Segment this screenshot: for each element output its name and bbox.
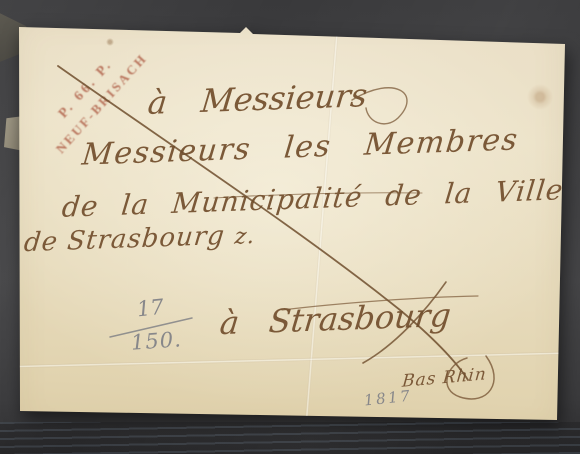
pencil-year-note: 1817 xyxy=(363,387,413,410)
address-line1: àMessieurs xyxy=(146,76,369,122)
address-line4-text: de Strasbourg xyxy=(22,221,226,258)
destination-line: àStrasbourg xyxy=(218,296,453,342)
letter-cover: P. 66. P. NEUF-BRISACH àMessieurs Messie… xyxy=(0,0,580,454)
address-line1-prefix: à xyxy=(146,83,169,122)
address-line3: de la Municipalité de la Ville xyxy=(60,173,565,224)
handwriting-gap xyxy=(166,112,200,113)
address-line1-text: Messieurs xyxy=(199,76,369,120)
table-surface-streaks xyxy=(0,422,580,454)
address-line4: de Strasbourgz. xyxy=(22,220,257,258)
letter-shadow-wrap: P. 66. P. NEUF-BRISACH àMessieurs Messie… xyxy=(0,0,580,454)
address-line2: Messieurs les Membres xyxy=(80,122,520,172)
address-line4-flourish: z. xyxy=(233,224,256,250)
destination-prefix: à xyxy=(218,303,241,342)
photo-stage: P. 66. P. NEUF-BRISACH àMessieurs Messie… xyxy=(0,0,580,454)
pencil-fraction-numerator: 17 xyxy=(136,295,165,322)
destination-city: Strasbourg xyxy=(267,296,453,341)
pencil-fraction-denominator: 150. xyxy=(130,327,182,354)
handwriting-gap xyxy=(238,332,268,333)
department-note: Bas Rhin xyxy=(401,364,487,392)
